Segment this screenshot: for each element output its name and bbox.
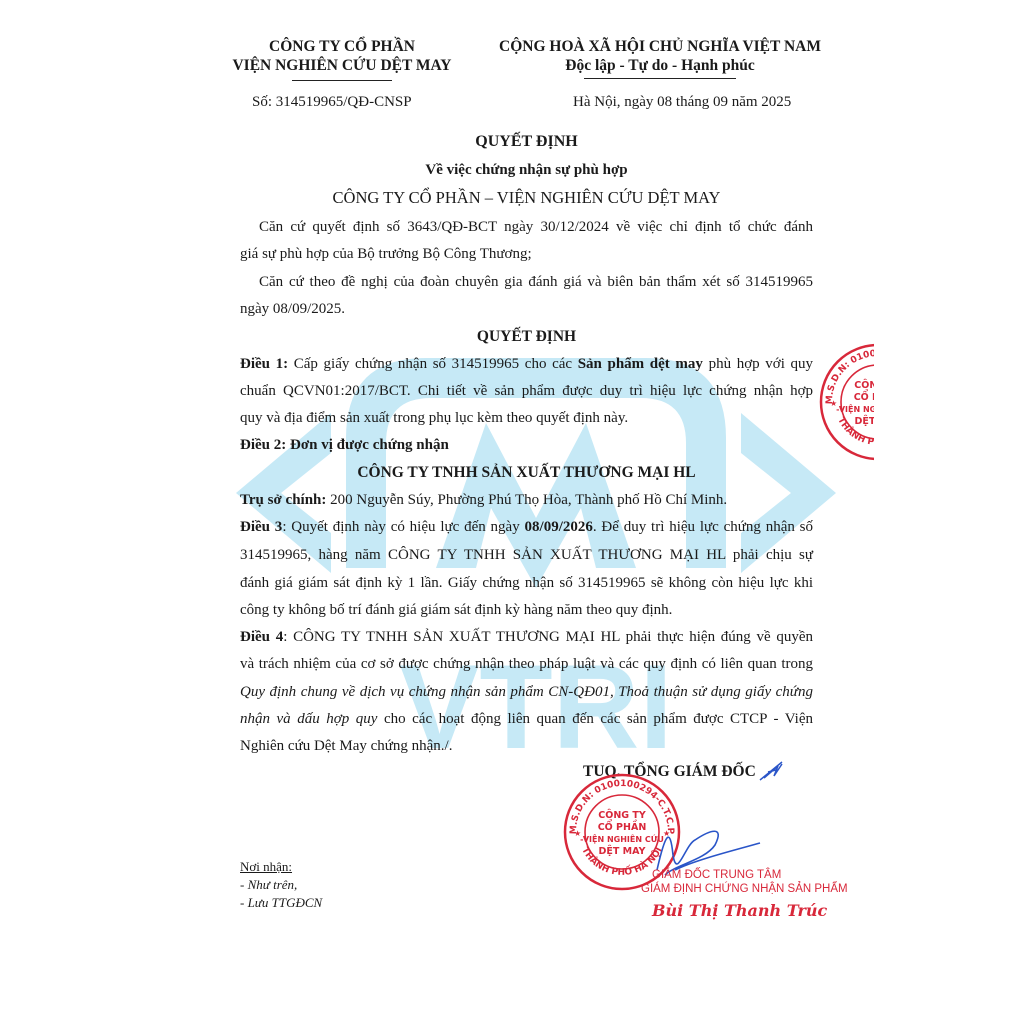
certified-company: CÔNG TY TNHH SẢN XUẤT THƯƠNG MẠI HL — [240, 464, 813, 482]
article-3-line4: công ty không bố trí đánh giá giám sát đ… — [240, 602, 813, 619]
article-4-line2: và trách nhiệm của cơ sở được chứng nhận… — [240, 656, 813, 673]
svg-text:DỆT MAY: DỆT MAY — [855, 416, 874, 427]
recipients-block: Nơi nhận: - Như trên, - Lưu TTGĐCN — [240, 858, 322, 912]
preamble-1-line2: giá sự phù hợp của Bộ trưởng Bộ Công Thư… — [240, 246, 813, 263]
svg-text:DỆT MAY: DỆT MAY — [599, 846, 646, 857]
article-1-line3: quy và địa điểm sản xuất trong phụ lục k… — [240, 410, 813, 427]
issuer-underline — [292, 80, 392, 81]
article-4-line5: Nghiên cứu Dệt May chứng nhận./. — [240, 738, 813, 755]
preamble-2-line1: Căn cứ theo đề nghị của đoàn chuyên gia … — [259, 274, 813, 291]
signer-name: Bùi Thị Thanh Trúc — [652, 901, 827, 920]
svg-text:-VIỆN NGHIÊN CỨU: -VIỆN NGHIÊN CỨU — [836, 403, 874, 414]
preamble-1-line1: Căn cứ quyết định số 3643/QĐ-BCT ngày 30… — [259, 219, 813, 236]
article-4-line4: nhận và dấu hợp quy cho các hoạt động li… — [240, 711, 813, 728]
edge-seal-stamp: M.S.D.N: 0100100294-C.T.C.P THÀNH PHỐ HÀ… — [818, 342, 874, 462]
issuer-org-line1: CÔNG TY CỔ PHẦN — [218, 37, 466, 56]
edge-seal-stamp-clip: M.S.D.N: 0100100294-C.T.C.P THÀNH PHỐ HÀ… — [818, 338, 874, 468]
svg-text:-VIỆN NGHIÊN CỨU: -VIỆN NGHIÊN CỨU — [580, 833, 664, 844]
document-subject: Về việc chứng nhận sự phù hợp — [240, 162, 813, 179]
issuer-org-line2: VIỆN NGHIÊN CỨU DỆT MAY — [218, 56, 466, 75]
validity-date: 08/09/2026 — [525, 519, 593, 535]
recipients-label: Nơi nhận: — [240, 858, 322, 876]
signer-role: GIÁM ĐỐC TRUNG TÂM GIÁM ĐỊNH CHỨNG NHẬN … — [648, 868, 848, 896]
article-1-label: Điều 1: — [240, 356, 288, 372]
document-number: Số: 314519965/QĐ-CNSP — [252, 94, 412, 111]
preamble-2-line2: ngày 08/09/2025. — [240, 301, 813, 318]
product-type: Sản phẩm dệt may — [578, 356, 703, 372]
article-2-heading: Điều 2: Đơn vị được chứng nhận — [240, 437, 813, 454]
recipient-item: - Lưu TTGĐCN — [240, 894, 322, 912]
article-3-line3: đánh giá giám sát định kỳ 1 lần. Giấy ch… — [240, 575, 813, 592]
decision-heading: QUYẾT ĐỊNH — [240, 328, 813, 346]
document-title: QUYẾT ĐỊNH — [240, 133, 813, 151]
signature-initial-icon — [758, 760, 786, 782]
national-motto: Độc lập - Tự do - Hạnh phúc — [490, 56, 830, 75]
article-4-line3: Quy định chung về dịch vụ chứng nhận sản… — [240, 684, 813, 701]
svg-text:CÔNG TY: CÔNG TY — [598, 809, 646, 821]
issuer-org-block: CÔNG TY CỔ PHẦN VIỆN NGHIÊN CỨU DỆT MAY — [218, 37, 466, 75]
svg-text:CỔ PHẦN: CỔ PHẦN — [854, 390, 874, 403]
national-title: CỘNG HOÀ XÃ HỘI CHỦ NGHĨA VIỆT NAM — [490, 37, 830, 56]
national-motto-block: CỘNG HOÀ XÃ HỘI CHỦ NGHĨA VIỆT NAM Độc l… — [490, 37, 830, 75]
place-date: Hà Nội, ngày 08 tháng 09 năm 2025 — [573, 94, 791, 111]
company-address: Trụ sở chính: 200 Nguyễn Súy, Phường Phú… — [240, 492, 813, 509]
article-1-line1: Điều 1: Cấp giấy chứng nhận số 314519965… — [240, 356, 813, 373]
article-1-line2: chuẩn QCVN01:2017/BCT. Chi tiết về sản p… — [240, 383, 813, 400]
article-4-label: Điều 4 — [240, 629, 283, 645]
motto-underline — [584, 78, 736, 79]
svg-text:CÔNG TY: CÔNG TY — [854, 379, 874, 391]
article-3-line2: 314519965, hàng năm CÔNG TY TNHH SẢN XUẤ… — [240, 547, 813, 564]
svg-text:CỔ PHẦN: CỔ PHẦN — [598, 820, 647, 833]
article-3-label: Điều 3 — [240, 519, 282, 535]
recipient-item: - Như trên, — [240, 876, 322, 894]
issuer-name: CÔNG TY CỔ PHẦN – VIỆN NGHIÊN CỨU DỆT MA… — [240, 188, 813, 208]
article-3-line1: Điều 3: Quyết định này có hiệu lực đến n… — [240, 519, 813, 536]
article-4-line1: Điều 4: CÔNG TY TNHH SẢN XUẤT THƯƠNG MẠI… — [240, 629, 813, 646]
